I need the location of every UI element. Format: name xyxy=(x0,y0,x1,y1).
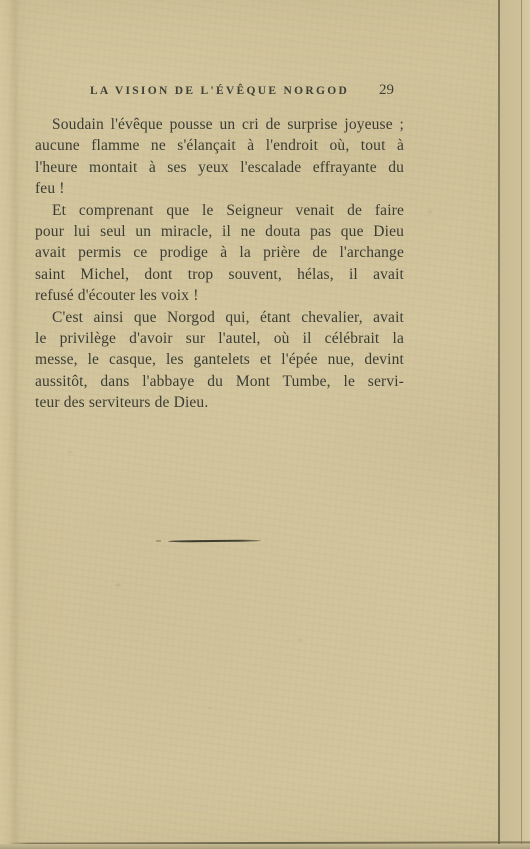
text-line: saint Michel, dont trop souvent, hélas, … xyxy=(35,264,404,285)
right-page-edge-line xyxy=(498,0,500,844)
running-header-title: LA VISION DE L'ÉVÊQUE NORGOD xyxy=(35,85,404,97)
bottom-page-edge-line xyxy=(8,841,530,844)
page-number: 29 xyxy=(379,82,394,99)
body-text-block: Soudain l'évêque pousse un cri de surpri… xyxy=(35,114,404,414)
text-line: aussitôt, dans l'abbaye du Mont Tumbe, l… xyxy=(35,371,404,392)
text-line: Et comprenant que le Seigneur venait de … xyxy=(35,200,404,221)
text-line: le privilège d'avoir sur l'autel, où il … xyxy=(35,328,404,349)
running-header: LA VISION DE L'ÉVÊQUE NORGOD 29 xyxy=(35,85,404,103)
text-line: aucune flamme ne s'élançait à l'endroit … xyxy=(35,135,404,156)
right-page-stack-strip xyxy=(500,0,530,843)
text-line: messe, le casque, les gantelets et l'épé… xyxy=(35,349,404,370)
section-divider-rule xyxy=(168,540,261,543)
text-line: avait permis ce prodige à la prière de l… xyxy=(35,242,404,263)
text-line: Soudain l'évêque pousse un cri de surpri… xyxy=(35,114,404,135)
text-line: feu ! xyxy=(35,178,404,199)
right-outer-edge-line xyxy=(521,0,522,844)
text-line: refusé d'écouter les voix ! xyxy=(35,285,404,306)
text-line: teur des serviteurs de Dieu. xyxy=(35,392,404,413)
text-line: l'heure montait à ses yeux l'escalade ef… xyxy=(35,157,404,178)
left-page-crease xyxy=(0,0,28,849)
bottom-page-stack-strip xyxy=(0,844,530,849)
text-line: pour lui seul un miracle, il ne douta pa… xyxy=(35,221,404,242)
text-line: C'est ainsi que Norgod qui, étant cheval… xyxy=(35,307,404,328)
scanned-book-page: LA VISION DE L'ÉVÊQUE NORGOD 29 Soudain … xyxy=(0,0,530,849)
